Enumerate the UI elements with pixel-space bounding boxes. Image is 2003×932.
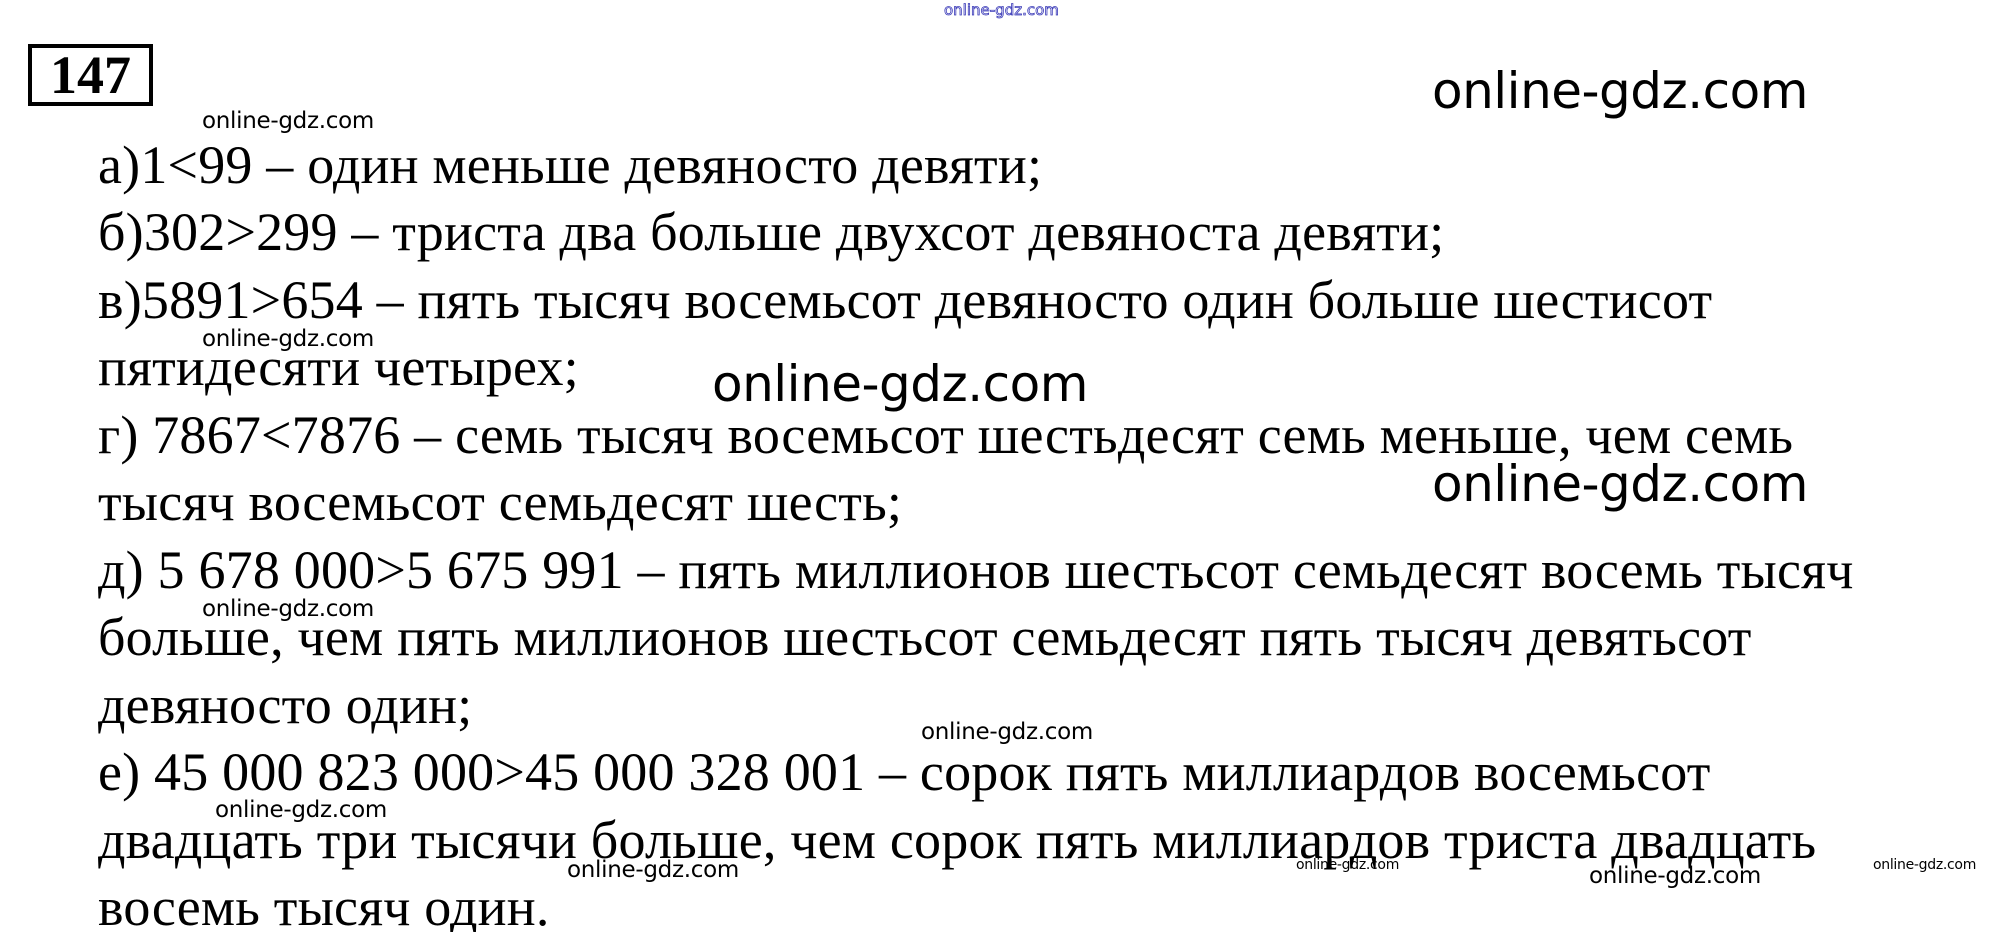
answer-line-v-cont: пятидесяти четырех; [98,337,579,397]
watermark-top: online-gdz.com [944,1,1059,19]
answer-line-v: в)5891>654 – пять тысяч восемьсот девяно… [98,270,1712,330]
answer-line-e: е) 45 000 823 000>45 000 328 001 – сорок… [98,742,1711,802]
answer-line-b: б)302>299 – триста два больше двухсот де… [98,202,1444,262]
exercise-number: 147 [28,44,153,106]
answer-line-g-cont: тысяч восемьсот семьдесят шесть; [98,472,902,532]
answer-line-d-cont: больше, чем пять миллионов шестьсот семь… [98,607,1752,667]
answer-line-e-cont: двадцать три тысячи больше, чем сорок пя… [98,810,1816,870]
answer-line-d-cont2: девяносто один; [98,675,472,735]
watermark-large: online-gdz.com [1432,62,1808,120]
answer-line-e-cont2: восемь тысяч один. [98,877,550,932]
answer-line-d: д) 5 678 000>5 675 991 – пять миллионов … [98,540,1854,600]
answer-line-g: г) 7867<7876 – семь тысяч восемьсот шест… [98,405,1793,465]
watermark-small: online-gdz.com [202,108,374,134]
watermark-tiny: online-gdz.com [1873,857,1976,873]
answer-line-a: а)1<99 – один меньше девяносто девяти; [98,135,1042,195]
